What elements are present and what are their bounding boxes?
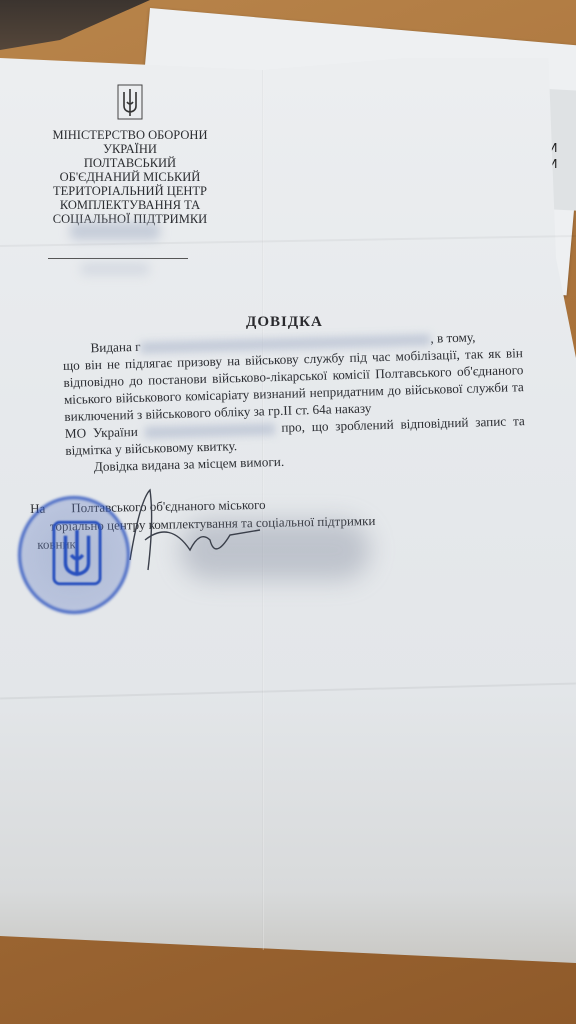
redacted-order-number xyxy=(144,423,274,439)
letterhead: МІНІСТЕРСТВО ОБОРОНИ УКРАЇНИ ПОЛТАВСЬКИЙ… xyxy=(40,84,220,226)
trident-icon xyxy=(117,84,143,120)
redacted-reg-number xyxy=(70,222,160,240)
header-rule xyxy=(48,258,188,259)
letterhead-line: МІНІСТЕРСТВО ОБОРОНИ xyxy=(40,128,220,142)
trident-icon xyxy=(52,520,102,590)
letterhead-line: ПОЛТАВСЬКИЙ xyxy=(40,156,220,170)
document-body: Видана г, в тому, що він не підлягає при… xyxy=(62,317,526,476)
body-text: , в тому, xyxy=(430,329,475,345)
body-paragraph: що він не підлягає призову на військову … xyxy=(63,344,525,425)
body-text: Видана г xyxy=(90,339,140,355)
letterhead-line: ОБ'ЄДНАНИЙ МІСЬКИЙ xyxy=(40,170,220,184)
body-text: МО України xyxy=(65,424,138,441)
redacted-date xyxy=(80,262,150,276)
letterhead-line: КОМПЛЕКТУВАННЯ ТА xyxy=(40,198,220,212)
letterhead-line: УКРАЇНИ xyxy=(40,142,220,156)
handwritten-signature xyxy=(120,480,270,580)
letterhead-line: ТЕРИТОРІАЛЬНИЙ ЦЕНТР xyxy=(40,184,220,198)
